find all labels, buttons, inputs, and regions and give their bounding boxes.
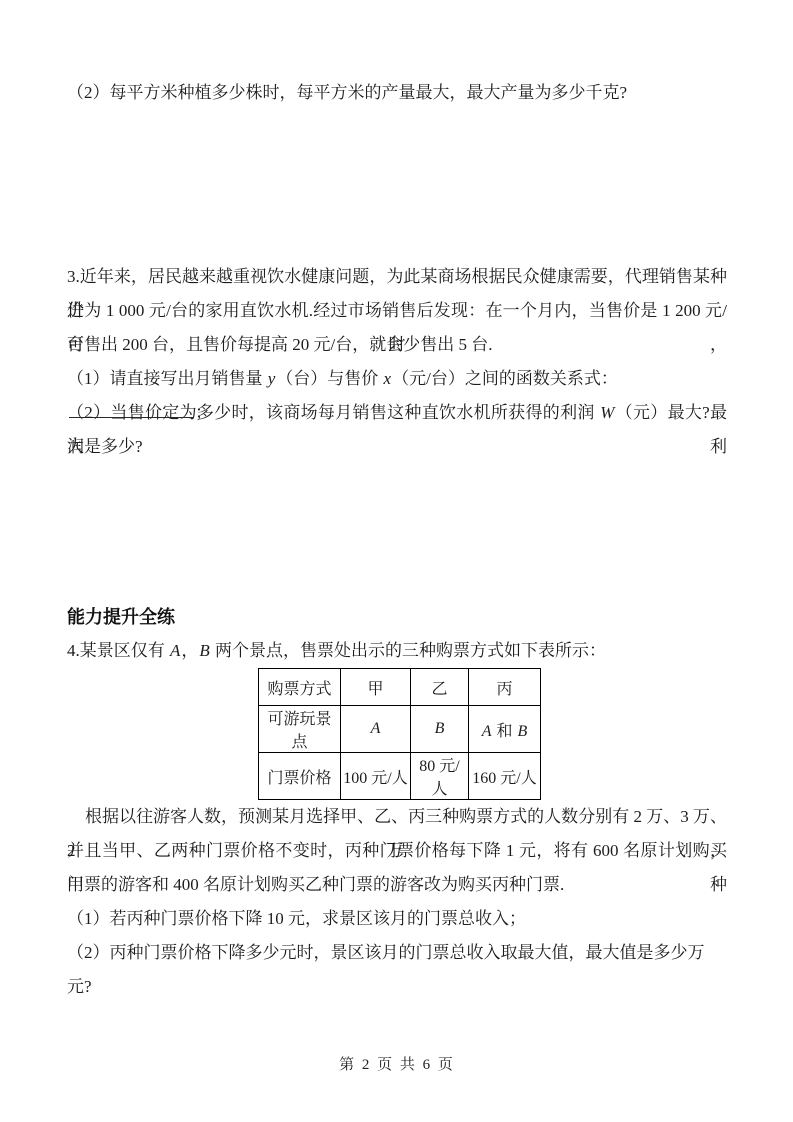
problem4-intro: 4.某景区仅有 A，B 两个景点，售票处出示的三种购票方式如下表所示：	[67, 634, 727, 668]
problem4-body: 根据以往游客人数，预测某月选择甲、乙、丙三种购票方式的人数分别有 2 万、3 万…	[67, 800, 727, 970]
table-cell: A	[341, 706, 411, 753]
problem4-question-1: （1）若丙种门票价格下降 10 元，求景区该月的门票总收入；	[67, 902, 727, 936]
math-variable: A	[169, 641, 181, 660]
section-heading: 能力提升全练	[67, 600, 727, 634]
math-variable: A	[370, 720, 382, 737]
table-cell: 80 元/人	[411, 753, 469, 800]
prev-problem-question-2: （2）每平方米种植多少株时，每平方米的产量最大，最大产量为多少千克?	[67, 76, 727, 110]
worksheet-page: （2）每平方米种植多少株时，每平方米的产量最大，最大产量为多少千克? 3.近年来…	[0, 0, 793, 1122]
table-header-cell: 乙	[411, 669, 469, 706]
math-variable: B	[434, 720, 446, 737]
problem4-question-2: （2）丙种门票价格下降多少元时，景区该月的门票总收入取最大值，最大值是多少万元?	[67, 936, 727, 970]
page-number: 第 2 页 共 6 页	[67, 1053, 727, 1074]
math-variable: A	[481, 723, 493, 740]
problem3-question-1: （1）请直接写出月销售量 y（台）与售价 x（元/台）之间的函数关系式：；	[67, 362, 727, 396]
ticket-options-table: 购票方式 甲 乙 丙 可游玩景点 A B A 和 B 门票价格 100 元/人 …	[258, 668, 541, 800]
table-row-attractions: 可游玩景点 A B A 和 B	[259, 706, 541, 753]
math-variable: y	[267, 369, 277, 388]
problem4-body-line-2: 并且当甲、乙两种门票价格不变时，丙种门票价格每下降 1 元，将有 600 名原计…	[67, 834, 727, 868]
table-cell: 160 元/人	[469, 753, 541, 800]
problem3-line-2: 价为 1 000 元/台的家用直饮水机.经过市场销售后发现：在一个月内，当售价是…	[67, 294, 727, 328]
table-row-header: 购票方式 甲 乙 丙	[259, 669, 541, 706]
table-header-cell: 丙	[469, 669, 541, 706]
table-cell: 可游玩景点	[259, 706, 341, 753]
table-cell: B	[411, 706, 469, 753]
table-row-prices: 门票价格 100 元/人 80 元/人 160 元/人	[259, 753, 541, 800]
table-cell: 100 元/人	[341, 753, 411, 800]
math-variable: x	[383, 369, 393, 388]
problem3-question-2: （2）当售价定为多少时，该商场每月销售这种直饮水机所获得的利润 W（元）最大?最…	[67, 396, 727, 430]
math-variable: B	[517, 723, 529, 740]
table-header-cell: 甲	[341, 669, 411, 706]
table-cell: 门票价格	[259, 753, 341, 800]
table-header-cell: 购票方式	[259, 669, 341, 706]
problem3-line-1: 3.近年来，居民越来越重视饮水健康问题，为此某商场根据民众健康需要，代理销售某种…	[67, 260, 727, 294]
problem-3: 3.近年来，居民越来越重视饮水健康问题，为此某商场根据民众健康需要，代理销售某种…	[67, 260, 727, 464]
math-variable: B	[198, 641, 210, 660]
problem4-body-line-1: 根据以往游客人数，预测某月选择甲、乙、丙三种购票方式的人数分别有 2 万、3 万…	[67, 800, 727, 834]
math-variable: W	[599, 403, 615, 422]
table-cell: A 和 B	[469, 706, 541, 753]
